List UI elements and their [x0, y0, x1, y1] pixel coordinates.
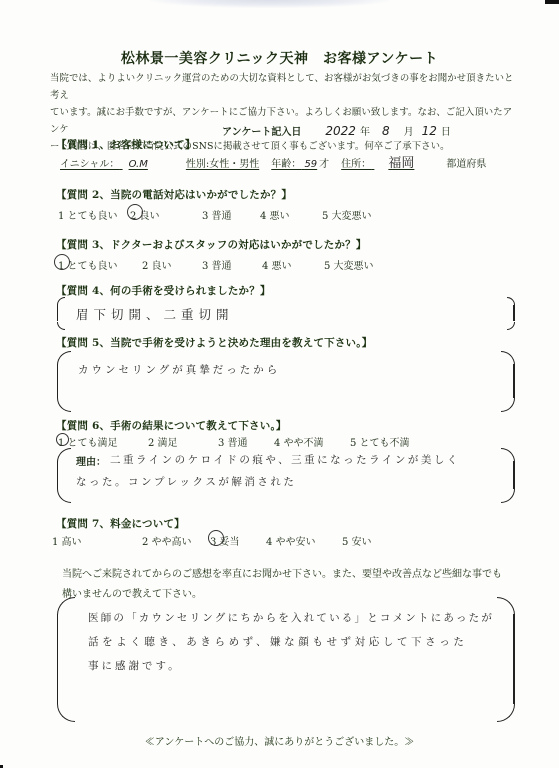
initial-label: イニシャル： [60, 159, 119, 170]
q4-heading: 【質問 4、何の手術を受けられましたか？】 [56, 283, 271, 298]
survey-date: アンケート記入日 2022 年 8 月 12 日 [222, 123, 451, 138]
selected-circle-mark [54, 254, 70, 270]
q5-answer-box [58, 352, 513, 410]
q7-option-4[interactable]: 4 やや安い [266, 533, 342, 548]
q7-option-3[interactable]: 3 妥当 [210, 533, 266, 548]
q3-option-3[interactable]: 3 普通 [202, 257, 262, 272]
q2-option-1[interactable]: 1 とても良い [58, 207, 130, 222]
date-month: 8 [382, 124, 390, 138]
initial-field: イニシャル： O.M [60, 155, 174, 170]
q2-option-5[interactable]: 5 大変悪い [322, 207, 372, 222]
initial-value: O.M [123, 159, 174, 170]
age-label: 年齢： [271, 159, 301, 170]
address-label: 住所： [341, 159, 371, 170]
q5-heading: 【質問 5、当院で手術を受けようと決めた理由を教えて下さい。】 [56, 335, 372, 350]
document-title: 松林景一美容クリニック天神 お客様アンケート [0, 48, 559, 68]
q6-option-4[interactable]: 4 やや不満 [274, 434, 350, 449]
q4-answer: 眉下切開、二重切開 [76, 305, 234, 323]
comments-answer-line: 事に感謝です。 [88, 658, 182, 673]
comments-answer-line: 医師の「カウンセリングにちからを入れている」とコメントにあったが [88, 610, 494, 625]
date-day: 12 [422, 124, 437, 138]
q3-option-1[interactable]: 1 とても良い [58, 257, 142, 272]
q6-options: 1 とても満足 2 満足 3 普通 4 やや不満 5 とても不満 [58, 434, 410, 449]
q2-option-3[interactable]: 3 普通 [202, 207, 260, 222]
address-field: 住所： 福岡 [341, 152, 434, 171]
selected-circle-mark [208, 530, 224, 546]
prefecture-suffix: 都道府県 [446, 155, 486, 170]
q7-heading: 【質問 7、料金について】 [56, 516, 185, 531]
age-field: 年齢： 59 [271, 155, 317, 170]
day-unit: 日 [441, 123, 451, 138]
q2-options: 1 とても良い 2 良い 3 普通 4 悪い 5 大変悪い [58, 207, 372, 222]
reason-label: 理由： [76, 453, 106, 468]
comments-prompt-line: 当院へご来院されてからのご感想を率直にお聞かせ下さい。また、要望や改善点など些細… [62, 565, 532, 585]
address-value: 福岡 [374, 156, 434, 171]
scan-edge-mark [545, 0, 559, 4]
comments-answer-line: 話をよく聴き、あきらめず、嫌な顔もせず対応して下さった [88, 634, 467, 649]
survey-page: 松林景一美容クリニック天神 お客様アンケート 当院では、よりよいクリニック運営の… [0, 0, 559, 768]
q3-options: 1 とても良い 2 良い 3 普通 4 悪い 5 大変悪い [58, 257, 374, 272]
selected-circle-mark [56, 433, 69, 446]
q3-heading: 【質問 3、ドクターおよびスタッフの対応はいかがでしたか？】 [56, 237, 367, 252]
q1-heading: 【質問 1、お客様について】 [56, 137, 196, 152]
q6-option-5[interactable]: 5 とても不満 [350, 434, 410, 449]
q3-option-4[interactable]: 4 悪い [262, 257, 324, 272]
q2-heading: 【質問 2、当院の電話対応はいかがでしたか？】 [56, 187, 292, 202]
q7-options: 1 高い 2 やや高い 3 妥当 4 やや安い 5 安い [52, 533, 372, 548]
q7-option-1[interactable]: 1 高い [52, 533, 142, 548]
q5-answer: カウンセリングが真摯だったから [78, 362, 280, 377]
gender-field: 性別:女性・男性 [186, 155, 259, 170]
q7-option-5[interactable]: 5 安い [342, 533, 372, 548]
q6-option-3[interactable]: 3 普通 [218, 434, 274, 449]
q6-option-2[interactable]: 2 満足 [148, 434, 218, 449]
footer-thanks: ≪アンケートへのご協力、誠にありがとうございました。≫ [0, 733, 559, 748]
customer-profile: イニシャル： O.M 性別:女性・男性 年齢： 59 才 住所： 福岡 都道府県 [60, 152, 486, 171]
q6-option-1[interactable]: 1 とても満足 [58, 434, 148, 449]
age-value: 59 [304, 159, 317, 170]
month-unit: 月 [404, 123, 414, 138]
age-unit: 才 [319, 155, 329, 170]
scan-shadow [150, 0, 390, 8]
intro-line: 当院では、よりよいクリニック運営のための大切な資料として、お客様がお気づきの事を… [50, 70, 520, 104]
q6-reason-line: なった。コンプレックスが解消された [76, 474, 296, 489]
year-unit: 年 [360, 123, 370, 138]
q6-heading: 【質問 6、手術の結果について教えて下さい。】 [56, 418, 287, 433]
q7-option-2[interactable]: 2 やや高い [142, 533, 210, 548]
q3-option-5[interactable]: 5 大変悪い [324, 257, 374, 272]
date-label: アンケート記入日 [222, 123, 301, 138]
q2-option-2[interactable]: 2 良い [130, 207, 202, 222]
selected-circle-mark [127, 204, 143, 220]
q2-option-4[interactable]: 4 悪い [260, 207, 322, 222]
q6-reason-line: 二重ラインのケロイドの痕や、三重になったラインが美しく [110, 452, 460, 467]
q3-option-2[interactable]: 2 良い [142, 257, 202, 272]
date-year: 2022 [325, 124, 356, 138]
